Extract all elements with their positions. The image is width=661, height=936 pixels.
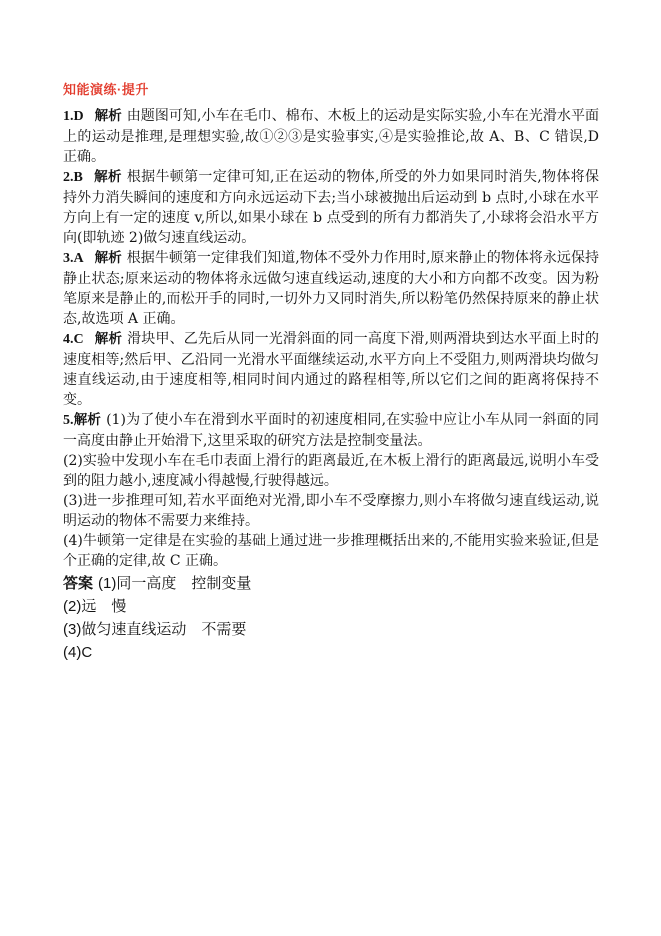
- analysis-label: 解析: [95, 331, 123, 346]
- item-number: 2.B: [63, 170, 83, 185]
- answer-label: 答案: [63, 575, 93, 592]
- item-number: 5.: [63, 413, 74, 428]
- solution-item-5: 5.解析(1)为了使小车在滑到水平面时的初速度相同,在实验中应让小车从同一斜面的…: [63, 410, 599, 451]
- analysis-label: 解析: [95, 108, 122, 123]
- document-page: 知能演练·提升 1.D解析由题图可知,小车在毛巾、棉布、木板上的运动是实际实验,…: [0, 0, 661, 936]
- analysis-label: 解析: [74, 412, 102, 427]
- item-text: 滑块甲、乙先后从同一光滑斜面的同一高度下滑,则两滑块到达水平面上时的速度相等;然…: [63, 331, 599, 408]
- item-number: 1.D: [63, 109, 84, 124]
- solution-item-5-part-3: (3)进一步推理可知,若水平面绝对光滑,即小车不受摩擦力,则小车将做匀速直线运动…: [63, 491, 599, 531]
- answer-line-2: (2)远 慢: [63, 595, 599, 618]
- item-number: 3.A: [63, 251, 84, 266]
- item-part-1: (1)为了使小车在滑到水平面时的初速度相同,在实验中应让小车从同一斜面的同一高度…: [63, 412, 599, 449]
- solution-item-4: 4.C解析滑块甲、乙先后从同一光滑斜面的同一高度下滑,则两滑块到达水平面上时的速…: [63, 329, 599, 410]
- answer-line-3: (3)做匀速直线运动 不需要: [63, 618, 599, 641]
- answer-line-text: (1)同一高度 控制变量: [98, 575, 251, 592]
- analysis-label: 解析: [94, 169, 122, 184]
- solution-item-3: 3.A解析根据牛顿第一定律我们知道,物体不受外力作用时,原来静止的物体将永远保持…: [63, 248, 599, 329]
- item-text: 根据牛顿第一定律我们知道,物体不受外力作用时,原来静止的物体将永远保持静止状态;…: [63, 250, 599, 327]
- answer-line-1: 答案(1)同一高度 控制变量: [63, 572, 599, 595]
- item-text: 根据牛顿第一定律可知,正在运动的物体,所受的外力如果同时消失,物体将保持外力消失…: [63, 169, 599, 246]
- analysis-label: 解析: [95, 250, 122, 265]
- item-number: 4.C: [63, 332, 84, 347]
- answers-block: 答案(1)同一高度 控制变量 (2)远 慢 (3)做匀速直线运动 不需要 (4)…: [63, 572, 599, 664]
- solution-item-2: 2.B解析根据牛顿第一定律可知,正在运动的物体,所受的外力如果同时消失,物体将保…: [63, 167, 599, 248]
- solution-item-1: 1.D解析由题图可知,小车在毛巾、棉布、木板上的运动是实际实验,小车在光滑水平面…: [63, 106, 599, 167]
- content-area: 知能演练·提升 1.D解析由题图可知,小车在毛巾、棉布、木板上的运动是实际实验,…: [63, 82, 599, 664]
- answer-line-4: (4)C: [63, 641, 599, 664]
- solution-item-5-part-4: (4)牛顿第一定律是在实验的基础上通过进一步推理概括出来的,不能用实验来验证,但…: [63, 531, 599, 571]
- solution-item-5-part-2: (2)实验中发现小车在毛巾表面上滑行的距离最近,在木板上滑行的距离最远,说明小车…: [63, 451, 599, 491]
- section-header: 知能演练·提升: [63, 82, 599, 97]
- item-text: 由题图可知,小车在毛巾、棉布、木板上的运动是实际实验,小车在光滑水平面上的运动是…: [63, 108, 599, 165]
